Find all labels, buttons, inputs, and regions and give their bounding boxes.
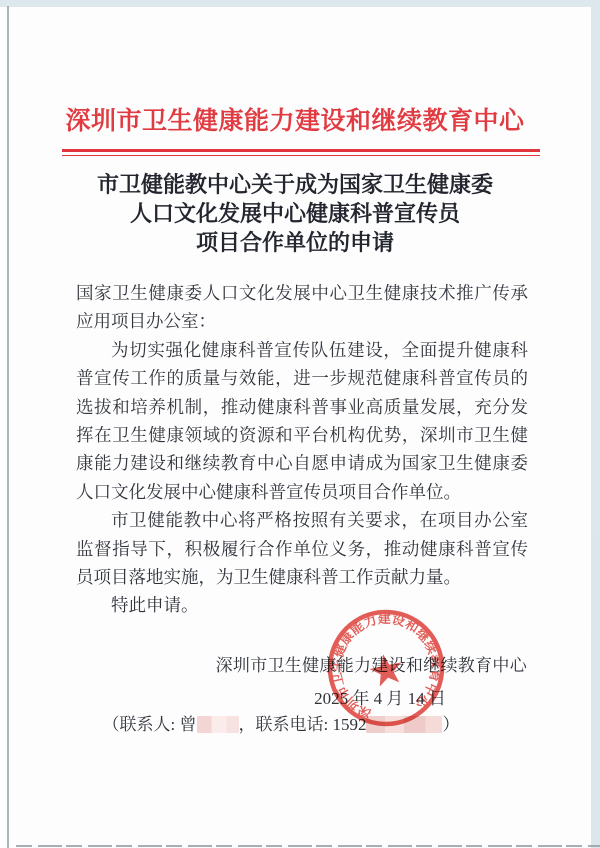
letterhead-divider [62, 149, 540, 156]
seal-star-icon [367, 651, 405, 688]
letterhead-title: 深圳市卫生健康能力建设和继续教育中心 [30, 101, 560, 137]
salutation: 国家卫生健康委人口文化发展中心卫生健康技术推广传承应用项目办公室： [76, 279, 528, 336]
document-title-line-2: 人口文化发展中心健康科普宣传员 [40, 199, 550, 228]
scanned-letter-page: 深圳市卫生健康能力建设和继续教育中心 市卫健能教中心关于成为国家卫生健康委 人口… [0, 0, 600, 848]
document-body: 国家卫生健康委人口文化发展中心卫生健康技术推广传承应用项目办公室： 为切实强化健… [76, 279, 528, 620]
body-paragraph-3: 特此申请。 [76, 591, 528, 619]
document-title-line-1: 市卫健能教中心关于成为国家卫生健康委 [40, 170, 550, 199]
body-paragraph-1: 为切实强化健康科普宣传队伍建设，全面提升健康科普宣传工作的质量与效能，进一步规范… [76, 336, 528, 506]
scan-right-edge [591, 0, 600, 848]
scan-top-edge [0, 0, 600, 7]
contact-line: （联系人: 曾，联系电话: 1592） [0, 710, 562, 735]
contact-prefix: （联系人: 曾 [103, 715, 197, 734]
body-paragraph-2: 市卫健能教中心将严格按照有关要求，在项目办公室监督指导下，积极履行合作单位义务，… [76, 506, 528, 591]
scan-bottom-edge [16, 845, 600, 848]
contact-name-redaction [197, 716, 239, 733]
red-seal-stamp: 深圳市卫生健康能力建设和继续教育中心 [303, 585, 469, 751]
document-title: 市卫健能教中心关于成为国家卫生健康委 人口文化发展中心健康科普宣传员 项目合作单… [40, 170, 550, 257]
document-title-line-3: 项目合作单位的申请 [40, 228, 550, 257]
